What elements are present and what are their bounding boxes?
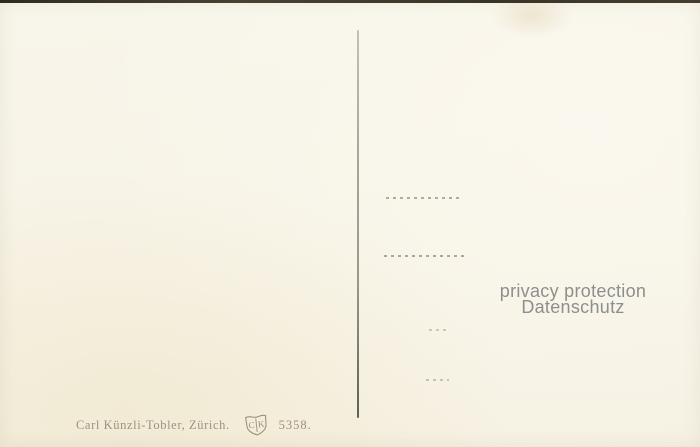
shield-monogram-letters: CK bbox=[248, 418, 268, 430]
watermark-line-2: Datenschutz bbox=[472, 300, 674, 315]
publisher-shield-monogram-icon: CK bbox=[241, 411, 270, 439]
address-dashed-line-4 bbox=[426, 379, 449, 381]
card-top-edge bbox=[0, 0, 700, 3]
publisher-caption: Carl Künzli-Tobler, Zürich. CK 5358. bbox=[76, 410, 312, 440]
address-dashed-line-3 bbox=[429, 329, 448, 331]
publisher-name: Carl Künzli-Tobler, Zürich. bbox=[76, 418, 230, 433]
postcard-back: privacy protection Datenschutz Carl Künz… bbox=[0, 0, 700, 447]
address-dashed-line-2 bbox=[384, 255, 464, 257]
address-dashed-line-1 bbox=[386, 197, 459, 199]
center-divider-line bbox=[357, 30, 359, 418]
card-number: 5358. bbox=[279, 418, 312, 433]
privacy-watermark: privacy protection Datenschutz bbox=[472, 284, 674, 315]
